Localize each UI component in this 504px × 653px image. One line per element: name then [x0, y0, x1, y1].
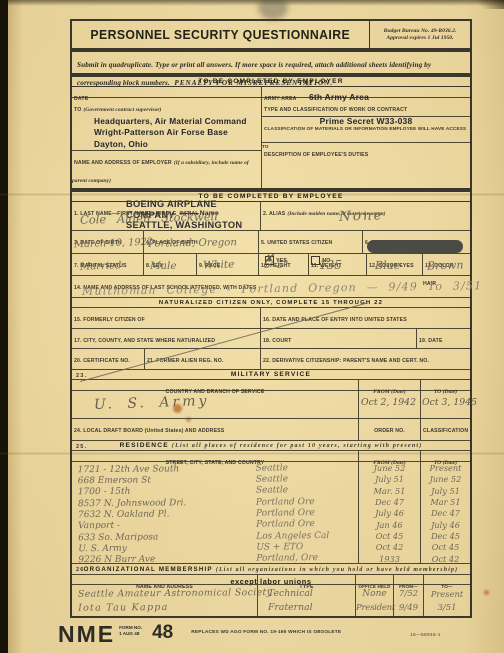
- birth-place-value: Portland, Oregon: [148, 237, 237, 250]
- residence-street: 7632 N. Oakland Pl.: [72, 509, 256, 521]
- military-to-value: Oct 3, 1945: [422, 397, 477, 408]
- residence-from-date: Jan 46: [359, 520, 420, 531]
- residence-street: 1700 - 15th: [72, 486, 256, 498]
- residence-to-date: July 46: [421, 520, 470, 531]
- to-field-note: (Government contract supervisor): [83, 107, 161, 113]
- to-field-label: TO: [72, 106, 83, 114]
- ssn-redaction-bar: [367, 240, 463, 253]
- org-to: 3/51: [424, 601, 470, 615]
- contract-supervisor-line1: Headquarters, Air Material Command: [94, 116, 261, 127]
- marital-status-value: Married: [80, 260, 122, 272]
- agency-name: NME: [58, 621, 115, 647]
- branch-of-service-value: U. S. Army: [94, 393, 210, 413]
- military-section-title: MILITARY SERVICE: [231, 371, 311, 378]
- residence-section-title: RESIDENCE: [120, 442, 169, 449]
- last-school-value: Multnomah College - Portland Oregon — 9/…: [82, 279, 483, 298]
- formerly-citizen-label: 15. FORMERLY CITIZEN OF: [72, 316, 147, 324]
- court-label: 18. COURT: [261, 337, 293, 345]
- birth-date-value: March 10, 1922: [74, 237, 153, 251]
- residence-city: Portland, Ore: [256, 553, 358, 564]
- residence-street: 1721 - 12th Ave South: [72, 463, 256, 475]
- naturalized-section-bar: NATURALIZED CITIZEN ONLY, COMPLETE 15 TH…: [72, 298, 470, 308]
- approval-expires-line: Approval expires 1 Jul 1950.: [370, 35, 470, 42]
- residence-to-date: July 51: [421, 486, 470, 497]
- instructions-box: Submit in quadruplicate. Type or print a…: [70, 50, 472, 75]
- residence-section-note: (List all places of residence for past 1…: [172, 443, 423, 449]
- contract-supervisor-line2: Wright-Patterson Air Forse Base: [94, 127, 261, 138]
- residence-street: 8537 N. Johnswood Dri.: [72, 497, 256, 509]
- employee-section-bar: TO BE COMPLETED BY EMPLOYEE: [72, 192, 470, 202]
- entry-date-place-label: 16. DATE AND PLACE OF ENTRY INTO UNITED …: [261, 316, 409, 324]
- residence-street: 668 Emerson St: [72, 475, 256, 487]
- race-value: White: [203, 258, 235, 271]
- employee-section: TO BE COMPLETED BY EMPLOYEE 1. LAST NAME…: [70, 190, 472, 618]
- form-title: PERSONNEL SECURITY QUESTIONNAIRE: [91, 27, 351, 42]
- residence-from-date: July 51: [359, 474, 420, 485]
- form-no-label: FORM NO.: [119, 625, 142, 631]
- weight-value: 135: [319, 258, 342, 272]
- residence-to-date: Dec 45: [421, 531, 470, 542]
- budget-bureau-line: Budget Bureau No. 49-R036.2.: [370, 28, 470, 35]
- residence-city: US + ETO: [256, 542, 358, 553]
- draft-board-label: 24. LOCAL DRAFT BOARD (United States) AN…: [72, 427, 226, 435]
- employer-section-bar: TO BE COMPLETED BY EMPLOYER: [72, 77, 470, 87]
- residence-to-date: Oct 45: [421, 542, 470, 553]
- height-value: 5' 5": [264, 259, 288, 271]
- residence-city: Portland Ore: [256, 496, 358, 507]
- citizen-label: 5. UNITED STATES CITIZEN: [259, 239, 334, 247]
- residence-from-date: Oct 45: [359, 531, 420, 542]
- order-no-label: ORDER NO.: [372, 423, 407, 435]
- residence-section-bar: 25. RESIDENCE (List all places of reside…: [72, 441, 470, 451]
- classification-label: CLASSIFICATION: [421, 423, 470, 435]
- certificate-no-label: 20. CERTIFICATE NO.: [72, 357, 132, 365]
- former-alien-reg-label: 21. FORMER ALIEN REG. NO.: [145, 357, 225, 365]
- residence-city: Portland Ore: [256, 519, 358, 530]
- naturalized-date-label: 19. DATE: [417, 337, 445, 345]
- org-name: Iota Tau Kappa: [78, 600, 257, 616]
- residence-street: 633 So. Mariposa: [72, 531, 256, 543]
- derivative-citizenship-label: 22. DERIVATIVE CITIZENSHIP: PARENT'S NAM…: [261, 357, 431, 365]
- org-to: Present: [424, 587, 470, 601]
- residence-from-date: Oct 42: [359, 542, 420, 553]
- organizations-section-bar: 26. ORGANIZATIONAL MEMBERSHIP (List all …: [72, 564, 470, 575]
- org-type: Fraternal: [268, 601, 355, 615]
- residence-to-date: Dec 47: [421, 508, 470, 519]
- employee-duties-label: DESCRIPTION OF EMPLOYEE'S DUTIES: [262, 151, 370, 159]
- eye-color-value: Blue: [375, 259, 400, 272]
- contract-supervisor-line3: Dayton, Ohio: [94, 139, 261, 150]
- residence-city: Seattle: [256, 485, 358, 496]
- residence-street: Vanport -: [72, 520, 256, 532]
- org-from: 7/52: [394, 587, 423, 601]
- sex-value: Male: [150, 260, 177, 272]
- residence-city: Portland Ore: [256, 508, 358, 519]
- alias-value: None: [339, 207, 384, 225]
- form-footer: NMEFORM NO.1 AUG 4848REPLACES WD AGO FOR…: [58, 621, 478, 651]
- residence-from-date: July 46: [359, 508, 420, 519]
- residence-from-date: Dec 47: [359, 497, 420, 508]
- employer-section: TO BE COMPLETED BY EMPLOYER DATE TO(Gove…: [70, 75, 472, 190]
- military-section-bar: 23. MILITARY SERVICE: [72, 370, 470, 380]
- residence-from-date: June 52: [359, 463, 420, 474]
- residence-street: U. S. Army: [72, 543, 256, 555]
- scanned-form-page: PERSONNEL SECURITY QUESTIONNAIRE Budget …: [0, 0, 504, 653]
- where-naturalized-label: 17. CITY, COUNTY, AND STATE WHERE NATURA…: [72, 337, 217, 345]
- residence-to-date: Mar 51: [421, 497, 470, 508]
- stain: [484, 590, 489, 595]
- residence-city: Seattle: [256, 462, 358, 473]
- work-type-label: TYPE AND CLASSIFICATION OF WORK OR CONTR…: [262, 106, 409, 114]
- form-number: 48: [152, 622, 173, 644]
- organizations-section-note: (List all organizations in which you hol…: [216, 567, 459, 573]
- org-office: None: [356, 587, 393, 601]
- residence-to-date: Present: [421, 463, 470, 474]
- military-from-value: Oct 2, 1942: [361, 397, 416, 408]
- name-value: Cole Alden Stockwell: [80, 209, 218, 227]
- form-date: 1 AUG 48: [119, 631, 142, 637]
- organizations-section-title: ORGANIZATIONAL MEMBERSHIP: [84, 566, 213, 573]
- residence-city: Seattle: [256, 474, 358, 485]
- org-type: Technical: [268, 587, 355, 601]
- title-box: PERSONNEL SECURITY QUESTIONNAIRE Budget …: [70, 19, 472, 50]
- residence-to-date: June 52: [421, 474, 470, 485]
- employer-name-label: NAME AND ADDRESS OF EMPLOYER: [72, 159, 174, 167]
- print-code: 16—56948-1: [410, 633, 441, 638]
- hair-color-value: Brown: [427, 258, 464, 272]
- budget-bureau-note: Budget Bureau No. 49-R036.2. Approval ex…: [369, 21, 470, 48]
- residence-from-date: Mar. 51: [359, 486, 420, 497]
- org-office: President: [356, 601, 393, 615]
- residence-city: Los Angeles Cal: [256, 530, 358, 541]
- alias-field-label: 2. ALIAS: [261, 210, 287, 218]
- org-name: Seattle Amateur Astronomical Society: [78, 586, 257, 602]
- replaces-note: REPLACES WD AGO FORM NO. 19-165 WHICH IS…: [191, 630, 341, 635]
- org-from: 9/49: [394, 601, 423, 615]
